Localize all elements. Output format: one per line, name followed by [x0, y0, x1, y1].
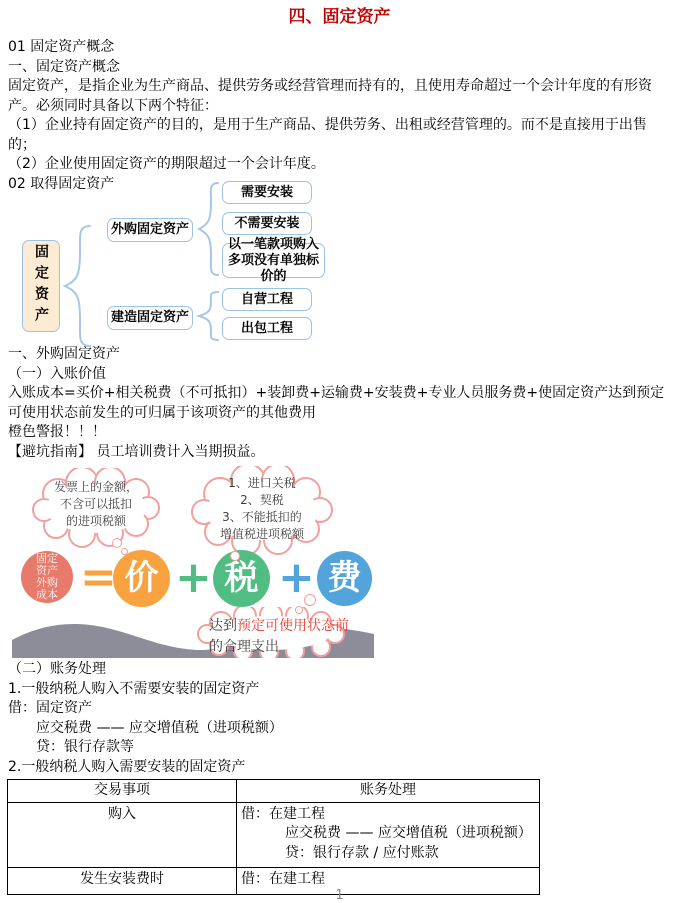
accounting-section: （二）账务处理 1.一般纳税人购入不需要安装的固定资产 借：固定资产 应交税费 …	[8, 660, 671, 777]
heading-purchased-assets: 一、外购固定资产	[8, 345, 671, 365]
section-label-01: 01 固定资产概念	[8, 38, 671, 58]
left-cloud-text: 发票上的金额， 不含可以抵扣 的进项税额	[30, 479, 162, 530]
big-brace	[62, 224, 92, 348]
row-item-purchase: 购入	[8, 802, 237, 868]
cost-circle: 固定 资产 外购 成本	[21, 551, 73, 603]
thought-bubble	[304, 594, 316, 606]
small-brace-purchased	[196, 181, 220, 277]
thought-bubble	[121, 548, 128, 555]
orange-alert-text: 橙色警报！！！	[8, 423, 671, 443]
fee-circle: 费	[317, 551, 372, 606]
table-header-row: 交易事项 账务处理	[8, 780, 540, 803]
tax-circle: 税	[213, 550, 270, 607]
thought-bubble	[112, 538, 122, 548]
diagram-root-label: 固定资产	[33, 244, 49, 328]
row-entry-purchase: 借：在建工程 应交税费 —— 应交增值税（进项税额） 贷：银行存款 / 应付账款	[237, 802, 540, 868]
pitfall-guide-text: 【避坑指南】 员工培训费计入当期损益。	[8, 443, 671, 463]
heading-accounting: （二）账务处理	[8, 660, 671, 680]
table-header-transaction: 交易事项	[8, 780, 237, 803]
paragraph-feature-1: （1）企业持有固定资产的目的，是用于生产商品、提供劳务、出租或经营管理的。而不是…	[8, 116, 671, 155]
diagram-node-constructed: 建造固定资产	[107, 306, 193, 330]
diagram-leaf-no-install: 不需要安装	[222, 212, 312, 235]
equals-sign: =	[80, 556, 117, 600]
heading-concept: 一、固定资产概念	[8, 58, 671, 78]
accounting-table: 交易事项 账务处理 购入 借：在建工程 应交税费 —— 应交增值税（进项税额） …	[7, 779, 540, 895]
small-brace-constructed	[196, 290, 220, 342]
plus-sign: +	[175, 556, 212, 600]
cost-formula-illustration: 发票上的金额， 不含可以抵扣 的进项税额 1、进口关税 2、契税 3、不能抵扣的…	[12, 466, 374, 658]
paragraph-feature-2: （2）企业使用固定资产的期限超过一个会计年度。	[8, 155, 671, 175]
diagram-leaf-self-project: 自营工程	[222, 288, 312, 311]
table-row: 购入 借：在建工程 应交税费 —— 应交增值税（进项税额） 贷：银行存款 / 应…	[8, 802, 540, 868]
table-header-treatment: 账务处理	[237, 780, 540, 803]
fixed-asset-diagram: 固定资产 外购固定资产 建造固定资产 需要安装 不需要安装 以一笔款项购入多项没…	[0, 178, 679, 348]
price-circle: 价	[113, 550, 170, 607]
paragraph-definition: 固定资产，是指企业为生产商品、提供劳务或经营管理而持有的，且使用寿命超过一个会计…	[8, 77, 671, 116]
bottom-cloud-text: 达到预定可使用状态前的合理支出	[209, 616, 349, 658]
journal-line-credit: 贷：银行存款等	[8, 738, 671, 758]
diagram-leaf-need-install: 需要安装	[222, 181, 312, 204]
thought-bubble	[295, 606, 303, 614]
journal-line-debit: 借：固定资产	[8, 699, 671, 719]
page-number: 1	[0, 886, 679, 903]
paragraph-cost-formula: 入账成本=买价+相关税费（不可抵扣）+装卸费+运输费+安装费+专业人员服务费+使…	[8, 384, 671, 423]
thought-bubble	[230, 551, 240, 561]
right-cloud-text: 1、进口关税 2、契税 3、不能抵扣的 增值税进项税额	[190, 475, 334, 543]
diagram-leaf-lump-sum: 以一笔款项购入多项没有单独标价的	[222, 243, 325, 278]
heading-entry-value: （一）入账价值	[8, 365, 671, 385]
purchase-section: 一、外购固定资产 （一）入账价值 入账成本=买价+相关税费（不可抵扣）+装卸费+…	[8, 345, 671, 462]
item-no-install: 1.一般纳税人购入不需要安装的固定资产	[8, 680, 671, 700]
diagram-leaf-outsourced-project: 出包工程	[222, 317, 312, 340]
diagram-node-purchased: 外购固定资产	[107, 218, 193, 242]
intro-section: 01 固定资产概念 一、固定资产概念 固定资产，是指企业为生产商品、提供劳务或经…	[8, 38, 671, 194]
diagram-root-node: 固定资产	[22, 240, 60, 332]
item-need-install: 2.一般纳税人购入需要安装的固定资产	[8, 758, 671, 778]
page-title: 四、固定资产	[0, 8, 679, 28]
document-page: 四、固定资产 01 固定资产概念 一、固定资产概念 固定资产，是指企业为生产商品…	[0, 0, 679, 903]
journal-line-tax: 应交税费 —— 应交增值税（进项税额）	[8, 719, 671, 739]
